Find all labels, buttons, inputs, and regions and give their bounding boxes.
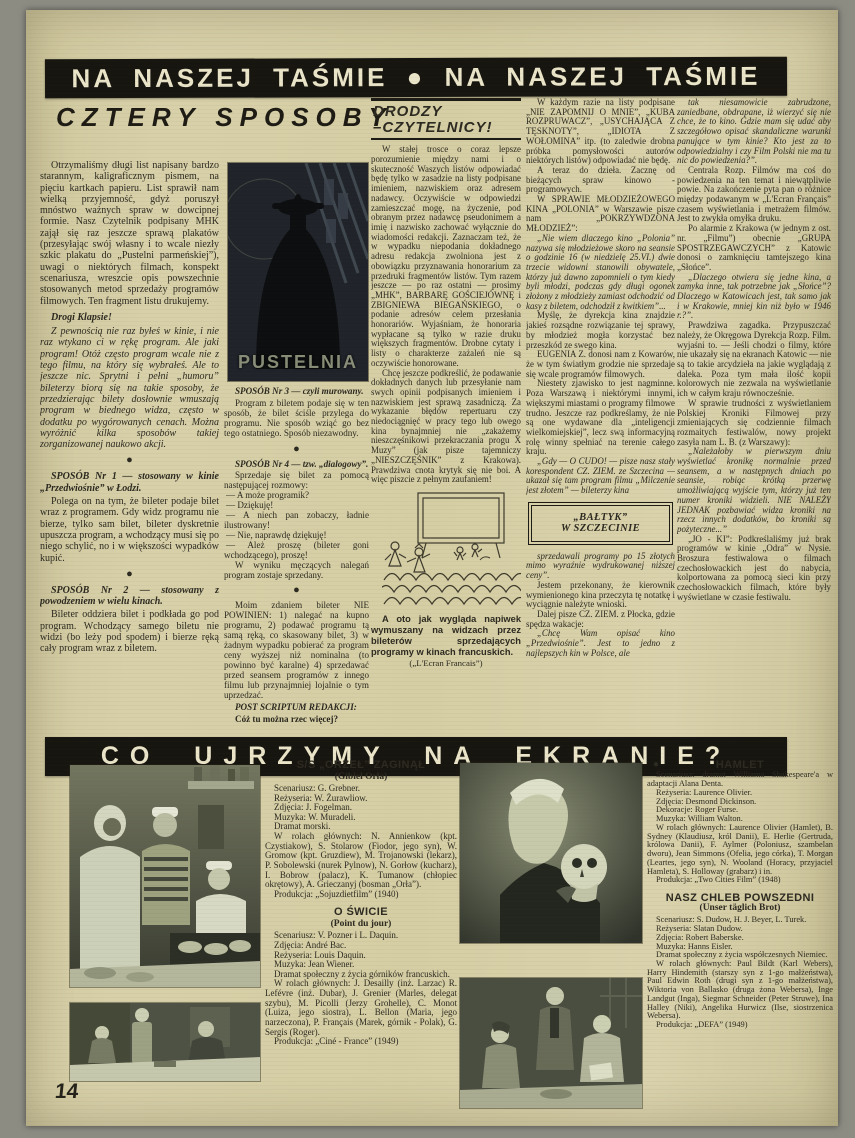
- film-subtitle-nasz-chleb: (Unser täglich Brot): [647, 904, 833, 914]
- film-title-hamlet: ●HAMLET: [647, 760, 833, 771]
- letters-text-a: W każdym razie na listy podpisane „NIE Z…: [526, 98, 675, 496]
- credit-line: Scenariusz: dramat Williama Shakespeare'…: [647, 771, 833, 788]
- paragraph: „Dlaczego otwiera się jedne kina, a zamy…: [677, 273, 831, 322]
- photo-o-swicie-art: [70, 1003, 260, 1081]
- credit-line: W rolach głównych: Laurence Olivier (Ham…: [647, 824, 833, 876]
- paragraph: Drogi Klapsie!: [40, 312, 219, 323]
- letters-text-b: sprzedawali programy po 15 złotych mimo …: [526, 552, 675, 659]
- paragraph: Niestety zjawisko to jest nagminne. Poza…: [526, 379, 675, 457]
- paragraph: W sprawie trudności z wyświetlaniem Pols…: [677, 399, 831, 448]
- letters-column-4: W każdym razie na listy podpisane „NIE Z…: [526, 98, 675, 732]
- paragraph: EUGENIA Z. donosi nam z Kowarów, że w ty…: [526, 350, 675, 379]
- paragraph: Otrzymaliśmy długi list napisany bardzo …: [40, 160, 219, 307]
- paragraph: SPOSÓB Nr 2 — stosowany z powodzeniem w …: [40, 585, 219, 608]
- paragraph: Program z biletem podaje się w ten sposó…: [224, 399, 369, 439]
- film-title-nasz-chleb: NASZ CHLEB POWSZEDNI: [647, 893, 833, 904]
- drodzy-text: W stałej trosce o coraz lepsze porozumie…: [371, 145, 521, 485]
- photo-nasz-chleb-scene: [460, 978, 642, 1108]
- cinema-cartoon-drawing: [382, 488, 521, 606]
- pustelnia-poster-image: PUSTELNIA: [228, 163, 368, 381]
- baltyk-line-1: „BAŁTYK”: [534, 512, 667, 523]
- film-title-hamlet-text: HAMLET: [716, 759, 764, 771]
- film-credits-orzel: Scenariusz: G. Grebner.Reżyseria: W. Żur…: [265, 784, 457, 900]
- paragraph: A teraz do dzieła. Zacznę od bieżących s…: [526, 166, 675, 195]
- paragraph: sprzedawali programy po 15 złotych mimo …: [526, 552, 675, 581]
- cartoon-illustration: [371, 488, 521, 609]
- poster-title-text: PUSTELNIA: [228, 352, 368, 373]
- baltyk-szczecin-box: „BAŁTYK” W SZCZECINIE: [528, 502, 673, 545]
- film-credits-column-left: S/S „ORZEŁ” ZAGINĄŁ (Gibiel Orła) Scenar…: [265, 758, 457, 1116]
- paragraph: „Należałoby w pierwszym dniu wyświetlać …: [677, 447, 831, 534]
- article-title-cztery-sposoby: CZTERY SPOSOBY: [56, 102, 393, 133]
- paragraph: W każdym razie na listy podpisane „NIE Z…: [526, 98, 675, 166]
- drodzy-czytelnicy-heading: DRODZY –CZYTELNICY!: [371, 98, 521, 140]
- paragraph: „Chcę Wam opisać kino „Przedwiośnie”. Je…: [526, 629, 675, 658]
- credit-line: W rolach głównych: Paul Bildt (Karl Webe…: [647, 960, 833, 1021]
- paragraph: Prawdziwa zagadka. Przypuszczać należy, …: [677, 321, 831, 399]
- film-title-orzel: S/S „ORZEŁ” ZAGINĄŁ: [265, 760, 457, 772]
- heading-line-1: DRODZY: [373, 104, 519, 120]
- film-subtitle-orzel: (Gibiel Orła): [265, 772, 457, 782]
- article-column-2: SPOSÓB Nr 3 — czyli murowany.Program z b…: [224, 384, 369, 726]
- paragraph: Myślę, że dyrekcja kina znajdzie jakieś …: [526, 311, 675, 350]
- paragraph: ●: [40, 455, 219, 466]
- paragraph: SPOSÓB Nr 1 — stosowany w kinie „Przedwi…: [40, 471, 219, 494]
- cartoon-source: („L'Ecran Francais”): [371, 659, 521, 669]
- credit-line: W rolach głównych: N. Annienkow (kpt. Cz…: [265, 832, 457, 890]
- paragraph: — Ależ proszę (bileter goni wchodzącego)…: [224, 541, 369, 561]
- bullet-icon: ●: [653, 760, 659, 770]
- photo-nasz-chleb-art: [460, 978, 642, 1108]
- paragraph: ●: [224, 444, 369, 455]
- paragraph: ●: [224, 585, 369, 596]
- paragraph: Centrala Rozp. Filmów ma coś do powiedze…: [677, 166, 831, 224]
- photo-ss-orzel-art: [70, 765, 260, 987]
- film-credits-column-right: ●HAMLET Scenariusz: dramat Williama Shak…: [647, 758, 833, 1120]
- film-title-o-swicie: O ŚWICIE: [265, 907, 457, 919]
- paragraph: SPOSÓB Nr 4 — tzw. „dialogowy”.: [224, 460, 369, 470]
- paragraph: W SPRAWIE MŁODZIEŻOWEGO KINA „POLONIA” w…: [526, 195, 675, 234]
- paragraph: Sprzedaje się bilet za pomocą następując…: [224, 471, 369, 491]
- paragraph: Chcę jeszcze podkreślić, że podawanie do…: [371, 369, 521, 485]
- section-banner-top: NA NASZEJ TAŚMIE ● NA NASZEJ TAŚMIE: [45, 57, 787, 99]
- heading-line-2: –CZYTELNICY!: [373, 120, 519, 136]
- paragraph: tak niesamowicie zabrudzone, zaniedbane,…: [677, 98, 831, 166]
- banner-top-text: NA NASZEJ TAŚMIE ● NA NASZEJ TAŚMIE: [71, 61, 760, 94]
- paragraph: SPOSÓB Nr 3 — czyli murowany.: [224, 387, 369, 397]
- paragraph: W stałej trosce o coraz lepsze porozumie…: [371, 145, 521, 368]
- paragraph: W wyniku męczących nalegań program zosta…: [224, 561, 369, 581]
- credit-line: W rolach głównych: J. Desailly (inż. Lar…: [265, 979, 457, 1037]
- paragraph: „Nie wiem dlaczego kino „Polonia” nazywa…: [526, 234, 675, 312]
- photo-hamlet-art: [460, 763, 642, 943]
- paragraph: Cóż tu można rzec więcej?: [224, 715, 369, 725]
- paragraph: Bileter oddziera bilet i podkłada go pod…: [40, 609, 219, 654]
- film-credits-hamlet: Scenariusz: dramat Williama Shakespeare'…: [647, 771, 833, 885]
- drodzy-czytelnicy-column: DRODZY –CZYTELNICY! W stałej trosce o co…: [371, 98, 521, 726]
- credit-line: Produkcja: „DEFA” (1949): [647, 1021, 833, 1030]
- poster-art: [228, 163, 368, 381]
- paragraph: Po alarmie z Krakowa (w jednym z ost. nr…: [677, 224, 831, 273]
- cartoon-caption: A oto jak wygląda napiwek wymuszany na w…: [371, 614, 521, 658]
- film-credits-o-swicie: Scenariusz: V. Pozner i L. Daquin.Zdjęci…: [265, 931, 457, 1047]
- baltyk-line-2: W SZCZECINIE: [534, 523, 667, 534]
- paragraph: ●: [40, 569, 219, 580]
- page-number: 14: [54, 1080, 80, 1104]
- film-subtitle-o-swicie: (Point du jour): [265, 919, 457, 929]
- paragraph: Moim zdaniem bileter NIE POWINIEN: 1) na…: [224, 601, 369, 700]
- paragraph: — A niech pan zobaczy, ładnie ilustrowan…: [224, 511, 369, 531]
- paragraph: „JO - KI”: Podkreślaliśmy już brak progr…: [677, 535, 831, 603]
- paragraph: Dalej pisze CZ. ZIEM. z Płocka, gdzie sp…: [526, 610, 675, 629]
- credit-line: Produkcja: „Sojuzdietfilm” (1940): [265, 890, 457, 900]
- photo-hamlet-scene: [460, 763, 642, 943]
- paragraph: Z pewnością nie raz byłeś w kinie, i nie…: [40, 326, 219, 450]
- photo-ss-orzel-scene: [70, 765, 260, 987]
- article-column-1: Otrzymaliśmy długi list napisany bardzo …: [40, 160, 219, 726]
- credit-line: Produkcja: „Two Cities Film” (1948): [647, 876, 833, 885]
- paragraph: Polega on na tym, że bileter podaje bile…: [40, 496, 219, 564]
- magazine-page: NA NASZEJ TAŚMIE ● NA NASZEJ TAŚMIE CZTE…: [26, 10, 838, 1126]
- photo-o-swicie-scene: [70, 1003, 260, 1081]
- paragraph: „Gdy — O CUDO! — pisze nasz stały koresp…: [526, 457, 675, 496]
- paragraph: POST SCRIPTUM REDAKCJI:: [224, 703, 369, 713]
- film-credits-nasz-chleb: Scenariusz: S. Dudow, H. J. Beyer, L. Tu…: [647, 916, 833, 1030]
- credit-line: Produkcja: „Ciné - France” (1949): [265, 1037, 457, 1047]
- letters-column-5: tak niesamowicie zabrudzone, zaniedbane,…: [677, 98, 831, 732]
- paragraph: Jestem przekonany, że kierownik wymienio…: [526, 581, 675, 610]
